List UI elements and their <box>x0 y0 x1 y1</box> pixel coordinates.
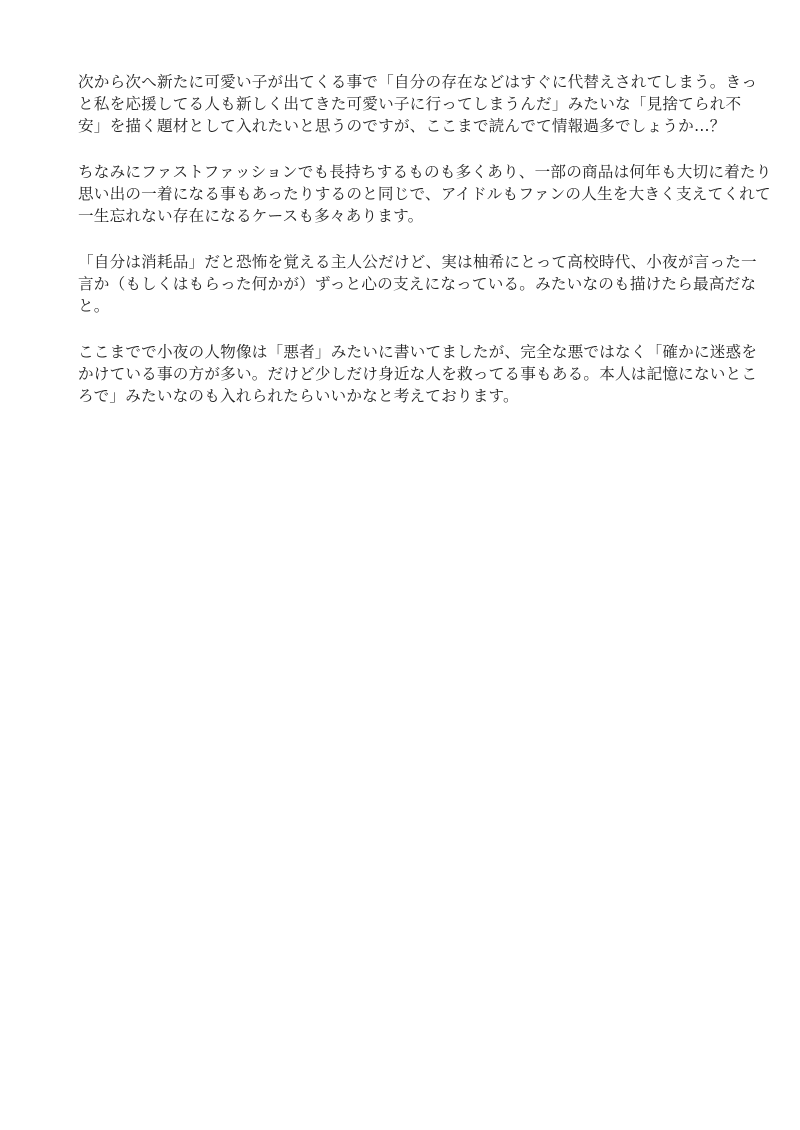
text-line: と私を応援してる人も新しく出てきた可愛い子に行ってしまうんだ」みたいな「見捨てら… <box>78 93 726 115</box>
paragraph-2: ちなみにファストファッションでも長持ちするものも多くあり、一部の商品は何年も大切… <box>78 161 726 227</box>
text-line: 思い出の一着になる事もあったりするのと同じで、アイドルもファンの人生を大きく支え… <box>78 183 726 205</box>
paragraph-3: 「自分は消耗品」だと恐怖を覚える主人公だけど、実は柚希にとって高校時代、小夜が言… <box>78 251 726 317</box>
text-line: ここまでで小夜の人物像は「悪者」みたいに書いてましたが、完全な悪ではなく「確かに… <box>78 341 726 363</box>
text-line: と。 <box>78 295 726 317</box>
text-line: 「自分は消耗品」だと恐怖を覚える主人公だけど、実は柚希にとって高校時代、小夜が言… <box>78 251 726 273</box>
text-line: 次から次へ新たに可愛い子が出てくる事で「自分の存在などはすぐに代替えされてしまう… <box>78 71 726 93</box>
text-line: かけている事の方が多い。だけど少しだけ身近な人を救ってる事もある。本人は記憶にな… <box>78 363 726 385</box>
text-line: ろで」みたいなのも入れられたらいいかなと考えております。 <box>78 385 726 407</box>
document-body: 次から次へ新たに可愛い子が出てくる事で「自分の存在などはすぐに代替えされてしまう… <box>78 71 726 431</box>
document-page: 次から次へ新たに可愛い子が出てくる事で「自分の存在などはすぐに代替えされてしまう… <box>0 0 800 1130</box>
paragraph-1: 次から次へ新たに可愛い子が出てくる事で「自分の存在などはすぐに代替えされてしまう… <box>78 71 726 137</box>
text-line: 言か（もしくはもらった何かが）ずっと心の支えになっている。みたいなのも描けたら最… <box>78 273 726 295</box>
text-line: 安」を描く題材として入れたいと思うのですが、ここまで読んでて情報過多でしょうか…… <box>78 115 726 137</box>
text-line: ちなみにファストファッションでも長持ちするものも多くあり、一部の商品は何年も大切… <box>78 161 726 183</box>
paragraph-4: ここまでで小夜の人物像は「悪者」みたいに書いてましたが、完全な悪ではなく「確かに… <box>78 341 726 407</box>
text-line: 一生忘れない存在になるケースも多々あります。 <box>78 205 726 227</box>
